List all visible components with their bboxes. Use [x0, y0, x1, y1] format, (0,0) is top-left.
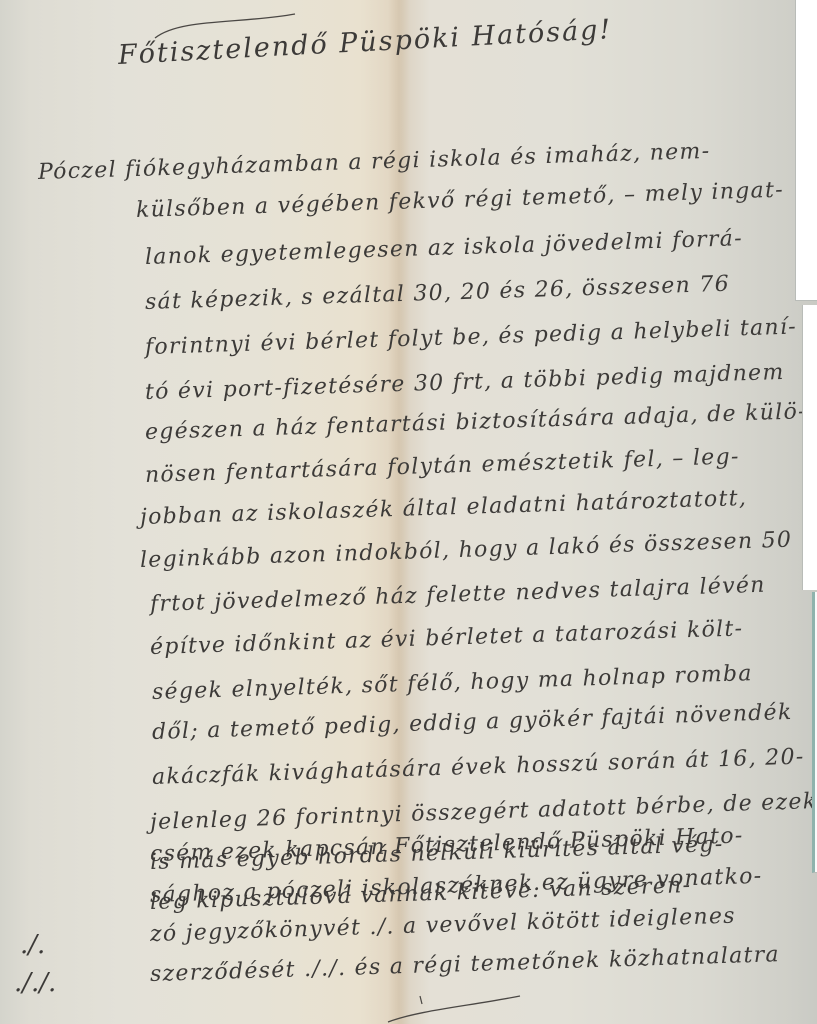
- scan-edge-strip: [812, 592, 817, 873]
- margin-note: ./.: [20, 930, 45, 960]
- body-line: dől; a temető pedig, eddig a gyökér fajt…: [152, 700, 793, 745]
- scan-edge-strip: [802, 305, 817, 590]
- body-line: nösen fentartására folytán emésztetik fe…: [145, 444, 740, 488]
- body-line: lanok egyetemlegesen az iskola jövedelmi…: [145, 226, 744, 270]
- bottom-flourish-decoration: [380, 990, 530, 1024]
- manuscript-page: Főtisztelendő Püspöki Hatóság! Póczel fi…: [0, 0, 817, 1024]
- body-line: külsőben a végében fekvő régi temető, – …: [136, 178, 785, 223]
- body-line: egészen a ház fentartási biztosítására a…: [145, 399, 808, 445]
- body-line: akáczfák kivághatására évek hosszú során…: [152, 744, 805, 789]
- body-line: szerződését ././. és a régi temetőnek kö…: [150, 942, 781, 987]
- body-line: Póczel fiókegyházamban a régi iskola és …: [38, 139, 711, 185]
- body-line: frtot jövedelmező ház felette nedves tal…: [150, 573, 766, 617]
- body-line: építve időnkint az évi bérletet a tataro…: [150, 616, 744, 660]
- body-line: forintnyi évi bérlet folyt be, és pedig …: [145, 315, 798, 360]
- body-line: sát képezik, s ezáltal 30, 20 és 26, öss…: [145, 272, 731, 315]
- margin-note: ././.: [14, 968, 56, 998]
- scan-edge-strip: [795, 0, 817, 301]
- body-line: tó évi port-fizetésére 30 frt, a többi p…: [145, 360, 785, 405]
- body-line: ségek elnyelték, sőt félő, hogy ma holna…: [152, 661, 754, 705]
- body-line: leginkább azon indokból, hogy a lakó és …: [140, 528, 793, 573]
- body-line: jobban az iskolaszék által eladatni hatá…: [140, 486, 748, 530]
